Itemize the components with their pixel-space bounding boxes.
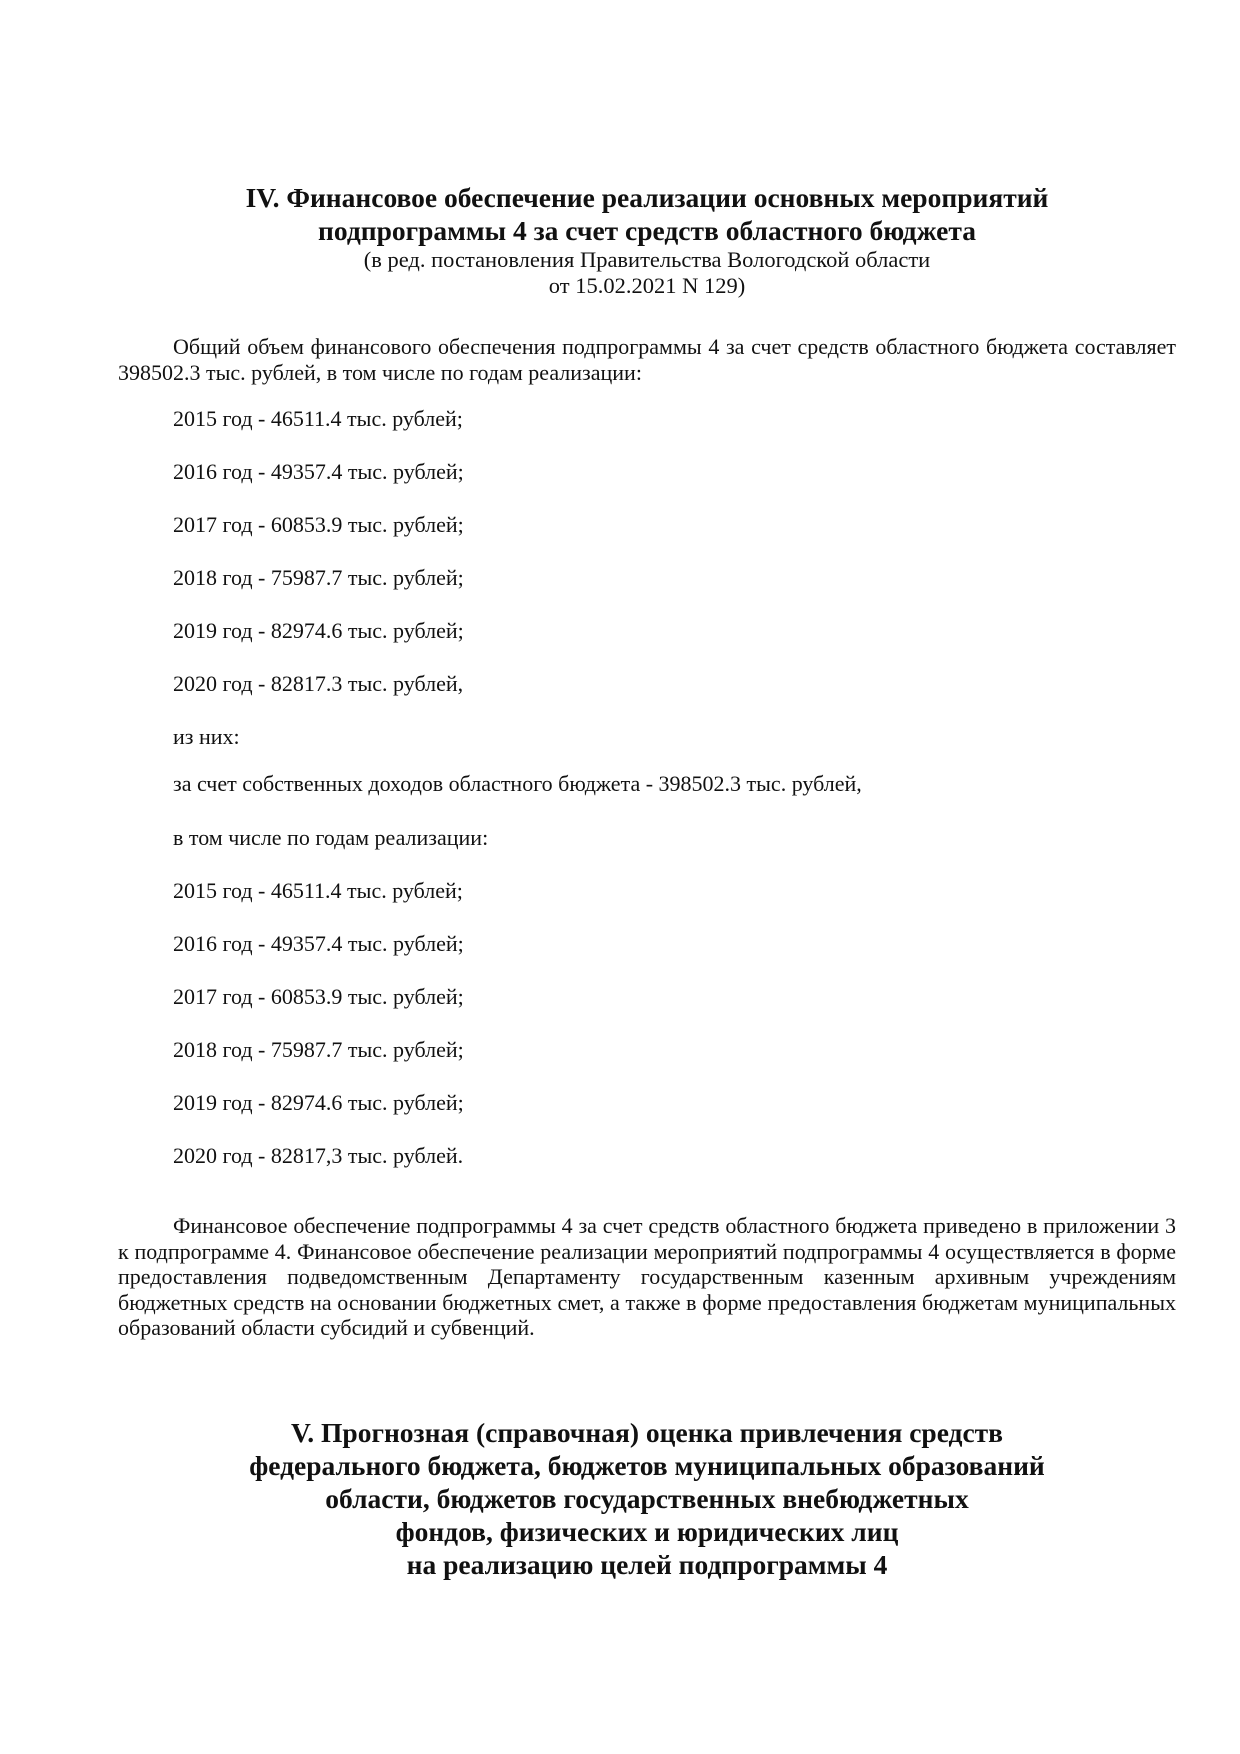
section-v-title-line-4: фондов, физических и юридических лиц (118, 1515, 1176, 1548)
including-by-year-label: в том числе по годам реализации: (173, 825, 488, 851)
amendment-note-line-1: (в ред. постановления Правительства Воло… (118, 247, 1176, 273)
section-iv-title-line-1: IV. Финансовое обеспечение реализации ос… (118, 181, 1176, 214)
funding-year-item: 2017 год - 60853.9 тыс. рублей; (173, 984, 1173, 1037)
section-v-title-line-2: федерального бюджета, бюджетов муниципал… (118, 1449, 1176, 1482)
funding-by-year-list-own: 2015 год - 46511.4 тыс. рублей; 2016 год… (173, 878, 1173, 1196)
section-v-heading-block: V. Прогнозная (справочная) оценка привле… (118, 1416, 1176, 1581)
own-revenue-line: за счет собственных доходов областного б… (173, 771, 862, 797)
final-paragraph: Финансовое обеспечение подпрограммы 4 за… (118, 1213, 1176, 1341)
amendment-note-line-2: от 15.02.2021 N 129) (118, 273, 1176, 299)
section-iv-title-line-2: подпрограммы 4 за счет средств областног… (118, 214, 1176, 247)
section-iv-heading-block: IV. Финансовое обеспечение реализации ос… (118, 181, 1176, 299)
funding-year-item: 2016 год - 49357.4 тыс. рублей; (173, 459, 1173, 512)
section-v-title-line-5: на реализацию целей подпрограммы 4 (118, 1548, 1176, 1581)
funding-year-item: 2016 год - 49357.4 тыс. рублей; (173, 931, 1173, 984)
section-v-title-line-1: V. Прогнозная (справочная) оценка привле… (118, 1416, 1176, 1449)
funding-by-year-list-total: 2015 год - 46511.4 тыс. рублей; 2016 год… (173, 406, 1173, 724)
funding-year-item: 2015 год - 46511.4 тыс. рублей; (173, 878, 1173, 931)
funding-year-item: 2019 год - 82974.6 тыс. рублей; (173, 618, 1173, 671)
funding-year-item: 2019 год - 82974.6 тыс. рублей; (173, 1090, 1173, 1143)
intro-paragraph-block: Общий объем финансового обеспечения подп… (118, 334, 1176, 385)
intro-paragraph: Общий объем финансового обеспечения подп… (118, 334, 1176, 385)
funding-year-item: 2020 год - 82817,3 тыс. рублей. (173, 1143, 1173, 1196)
funding-year-item: 2017 год - 60853.9 тыс. рублей; (173, 512, 1173, 565)
funding-year-item: 2015 год - 46511.4 тыс. рублей; (173, 406, 1173, 459)
funding-year-item: 2018 год - 75987.7 тыс. рублей; (173, 565, 1173, 618)
final-paragraph-block: Финансовое обеспечение подпрограммы 4 за… (118, 1213, 1176, 1341)
funding-year-item: 2018 год - 75987.7 тыс. рублей; (173, 1037, 1173, 1090)
funding-year-item: 2020 год - 82817.3 тыс. рублей, (173, 671, 1173, 724)
section-v-title-line-3: области, бюджетов государственных внебюд… (118, 1482, 1176, 1515)
of-which-label: из них: (173, 724, 240, 750)
